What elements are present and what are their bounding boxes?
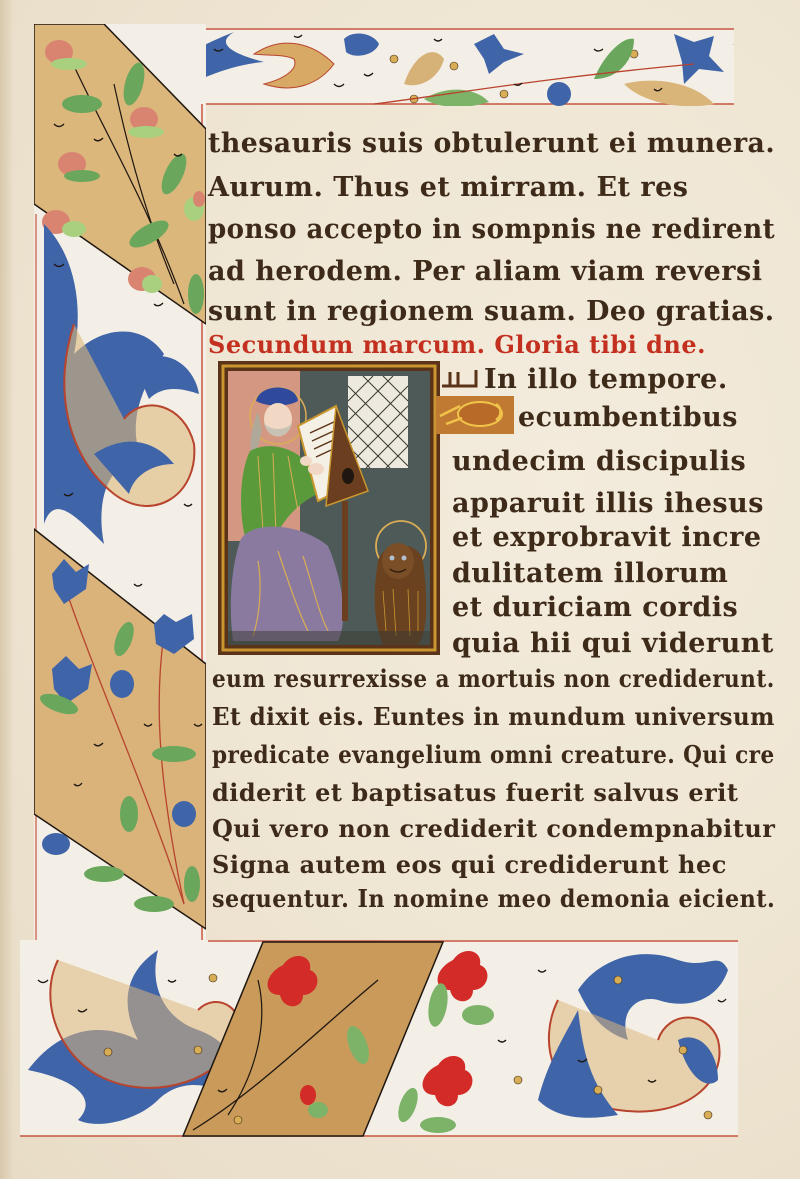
initial-I	[436, 364, 486, 394]
gutter-shadow	[0, 0, 14, 1179]
text-top-line-3: ponso accepto in sompnis ne redirent	[208, 214, 775, 245]
text-full-line-5: Qui vero non crediderit condempnabitur	[212, 814, 775, 843]
left-border	[34, 24, 206, 944]
text-top-line-1: thesauris suis obtulerunt ei munera.	[208, 128, 775, 159]
text-full-line-3: predicate evangelium omni creature. Qui …	[212, 740, 775, 769]
text-full-line-7: sequentur. In nomine meo demonia eicient…	[212, 884, 775, 913]
text-right-line-7: et duriciam cordis	[452, 592, 738, 623]
text-right-line-4: apparuit illis ihesus	[452, 488, 764, 519]
text-full-line-1: eum resurrexisse a mortuis non credideru…	[212, 664, 775, 693]
text-full-line-4: diderit et baptisatus fuerit salvus erit	[212, 778, 738, 807]
text-right-line-5: et exprobravit incre	[452, 522, 762, 553]
text-top-line-4: ad herodem. Per aliam viam reversi	[208, 256, 762, 287]
text-right-line-6: dulitatem illorum	[452, 558, 728, 589]
miniature-saint-mark	[218, 361, 440, 655]
text-right-line-1: In illo tempore.	[484, 364, 728, 395]
text-right-line-3: undecim discipulis	[452, 446, 746, 477]
bottom-border	[18, 940, 740, 1140]
initial-R-gold	[436, 392, 516, 436]
text-top-line-5: sunt in regionem suam. Deo gratias.	[208, 296, 775, 327]
text-full-line-2: Et dixit eis. Euntes in mundum universum	[212, 702, 775, 731]
rubric-line: Secundum marcum. Gloria tibi dne.	[208, 330, 706, 359]
text-right-line-8: quia hii qui viderunt	[452, 628, 774, 659]
text-right-line-2: ecumbentibus	[518, 402, 738, 433]
text-full-line-6: Signa autem eos qui crediderunt hec	[212, 850, 727, 879]
text-top-line-2: Aurum. Thus et mirram. Et res	[208, 172, 689, 203]
